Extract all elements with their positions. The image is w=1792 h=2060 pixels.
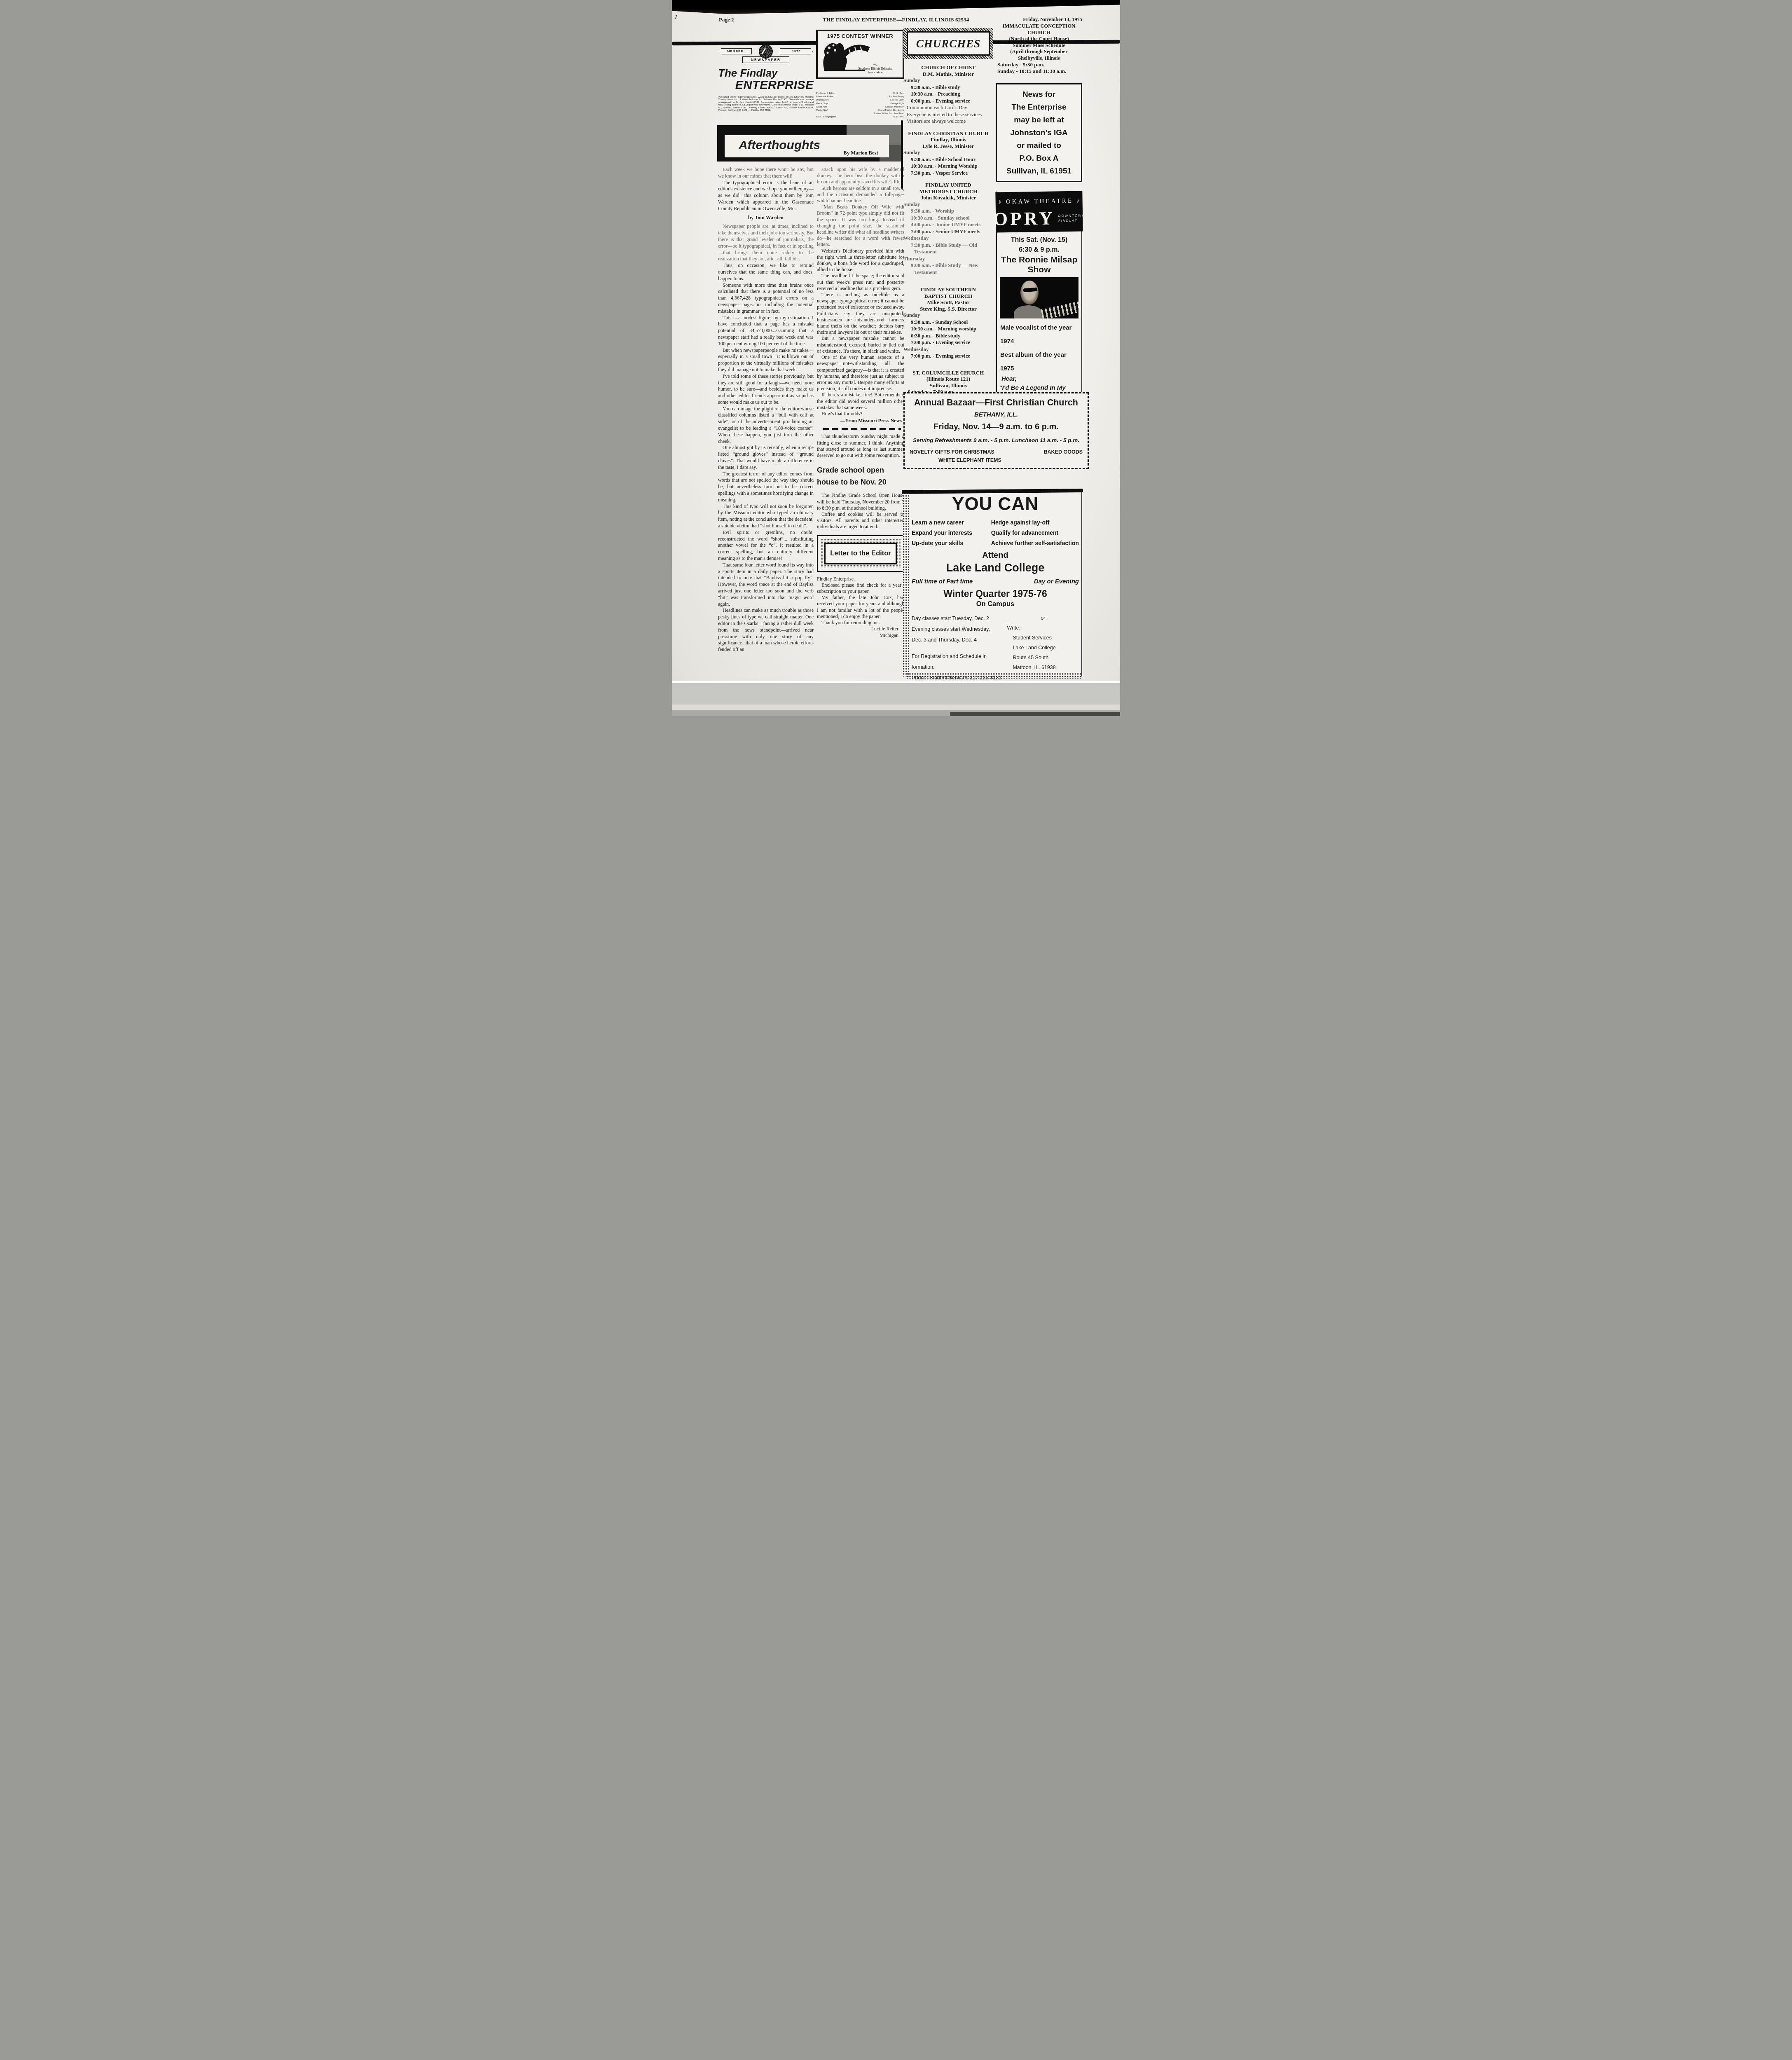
article-paragraph: Each week we hope there won't be any, bu… (718, 166, 814, 180)
lake-land-college-ad: YOU CAN Learn a new careerExpand your in… (903, 490, 1082, 677)
benefit-item: Up-date your skills (912, 538, 972, 548)
church-name-line: CHURCH OF CHRIST (903, 64, 993, 71)
award-line: Best album of the year 1975 (999, 348, 1079, 375)
church-name-line: John Kovalcik, Minister (903, 194, 993, 201)
bazaar-item: BAKED GOODS (1044, 449, 1083, 455)
article-paragraph: But when newspaperpeople make mistakes—e… (718, 347, 814, 373)
bazaar-place: BETHANY, ILL. (908, 411, 1084, 418)
scan-edge-top (672, 0, 1120, 14)
address-line: Route 45 South (1013, 653, 1079, 662)
fulltime-label: Full time of Part time (912, 578, 973, 585)
staff-name: Cheryl Foster, Don Lewis (877, 109, 904, 112)
staff-role: Staff Photographer (816, 115, 836, 119)
letter-paragraph: Enclosed please find check for a year's … (817, 582, 904, 595)
church-schedule-line: 9:30 a.m. - Bible School Hour (903, 156, 993, 163)
church-name-line: ST. COLUMCILLE CHURCH (903, 370, 993, 376)
church-name-line: (Illinois Route 121) (903, 376, 993, 382)
article-paragraph: You can image the plight of the editor w… (718, 406, 814, 445)
staff-name: George Lozzi (890, 98, 904, 102)
mass-time-line: Saturday - 5:30 p.m. (997, 61, 1082, 68)
church-name-line: IMMACULATE CONCEPTION CHURCH (996, 23, 1082, 36)
opry-location: DOWNTOWN FINDLAY (1058, 213, 1085, 223)
address-line: Mattoon, IL. 61938 (1013, 662, 1079, 672)
staff-name: Carolyn McHatton (885, 105, 904, 109)
bazaar-item: NOVELTY GIFTS FOR CHRISTMAS (910, 449, 994, 455)
news-box-line: The Enterprise (999, 103, 1078, 112)
benefit-list-right: Hedge against lay-offQualify for advance… (991, 517, 1079, 548)
immaculate-conception-listing: IMMACULATE CONCEPTION CHURCH(North of th… (996, 23, 1082, 74)
address-line: Lake Land College (1013, 643, 1079, 653)
thunderstorm-note: That thunderstorm Sunday night made a fi… (817, 433, 904, 459)
grade-school-headline: Grade school open house to be Nov. 20 (817, 464, 904, 488)
article-paragraph: I've told some of these stories previous… (718, 373, 814, 406)
contest-winner-box: 1975 CONTEST WINNER The Southern Illinoi… (816, 30, 904, 79)
class-start-line: Day classes start Tuesday, Dec. 2 (912, 613, 1007, 624)
church-schedule-line: 10:30 a.m. - Preaching (903, 91, 993, 98)
staff-role: Publisher & Editor (816, 92, 835, 95)
church-schedule-line: 10:30 a.m. - Morning Worship (903, 163, 993, 170)
contest-org-name: The Southern Illinois Editorial Associat… (851, 63, 900, 74)
ad-border-right (1081, 490, 1082, 677)
church-schedule-line: Sunday (903, 77, 993, 84)
benefit-item: Achieve further self-satisfaction (991, 538, 1079, 548)
show-name-line1: The Ronnie Milsap (999, 255, 1079, 265)
bazaar-ad: Annual Bazaar—First Christian Church BET… (903, 392, 1089, 469)
news-box-line: may be left at (999, 116, 1078, 125)
church-schedule-line: 10:30 a.m. - Morning worship (903, 325, 993, 332)
church-name-line: Shelbyville, Illinois (996, 55, 1082, 62)
benefit-item: Qualify for advancement (991, 528, 1079, 538)
staff-role: Display Adv. (816, 98, 829, 102)
article-paragraph: That same four-letter word found its way… (718, 562, 814, 608)
attend-label: Attend (912, 551, 1079, 560)
column-title: Afterthoughts (739, 138, 820, 152)
show-name-line2: Show (999, 265, 1079, 275)
news-box-line: Johnston's IGA (999, 129, 1078, 138)
afterthoughts-header: Afterthoughts By Marion Best (717, 125, 902, 162)
church-schedule-line: 9:30 a.m. - Bible study (903, 84, 993, 91)
church-schedule-line: 7:30 p.m. - Vesper Service (903, 170, 993, 177)
article-paragraph: This is a modest figure, by my estimatio… (718, 315, 814, 347)
registration-info: For Registration and Schedule in formati… (912, 651, 1007, 672)
benefit-list-left: Learn a new careerExpand your interestsU… (912, 517, 972, 548)
right-column: IMMACULATE CONCEPTION CHURCH(North of th… (996, 23, 1082, 451)
staff-name: M. E. Best (893, 92, 904, 95)
campus-label: On Campus (912, 600, 1079, 608)
letter-signature-place: Michigan (817, 632, 904, 639)
staff-row: Mech. Staff Cheryl Foster, Don Lewis (816, 109, 904, 112)
news-box-line: or mailed to (999, 141, 1078, 150)
class-start-line: Evening classes start Wednesday, (912, 624, 1007, 634)
church-schedule-line: Communion each Lord's Day (903, 104, 993, 111)
church-schedule-line: 7:00 p.m. - Senior UMYF meets (903, 228, 993, 235)
article-column-1: Each week we hope there won't be any, bu… (718, 166, 814, 653)
church-schedule-line: Thursday (903, 255, 993, 262)
press-association-seal-icon (759, 44, 773, 59)
inner-byline: by Tom Warden (718, 215, 814, 221)
music-note-icon: ♪ (998, 199, 1003, 205)
scan-streak (950, 712, 1120, 716)
church-schedule-line: Everyone is invited to these services (903, 111, 993, 118)
show-date: This Sat. (Nov. 15) (999, 235, 1079, 245)
church-name-line: Findlay, Illinois (903, 136, 993, 143)
church-schedule-line: Wednesday (903, 346, 993, 353)
staff-row: Associate Editor Pauline Briney (816, 95, 904, 98)
bazaar-item: WHITE ELEPHANT ITEMS (908, 457, 1084, 463)
source-credit: —From Missouri Press News (817, 418, 904, 424)
news-box-line: P.O. Box A (999, 154, 1078, 163)
year-ribbon: 1975 (780, 48, 813, 54)
staff-role: Class Adv. (816, 105, 827, 109)
grade-school-paragraph: Coffee and cookies will be served to vis… (817, 511, 904, 530)
staff-name: Pauline Briney (889, 95, 904, 98)
staff-role: Mech. Supt. (816, 102, 829, 105)
okaw-theatre-name: ♪ OKAW THEATRE ♪ (998, 198, 1080, 206)
church-name-line: (North of the Court House) (996, 36, 1082, 42)
article-paragraph: One almost got by us recently, when a re… (718, 445, 814, 471)
scan-edge-bottom (672, 681, 1120, 716)
staff-row: Display Adv. George Lozzi (816, 98, 904, 102)
church-schedule-line: 9:30 a.m. - Worship (903, 208, 993, 215)
church-name-line: Sullivan, Illinois (903, 382, 993, 389)
letter-to-editor-box: Letter to the Editor (817, 535, 904, 572)
or-label: or (1007, 613, 1079, 623)
church-schedule-line: 7:00 p.m. - Evening service (903, 339, 993, 346)
church-schedule-line: 7:00 p.m. - Evening service (903, 353, 993, 360)
hear-label: Hear, (999, 375, 1079, 382)
staff-list: Publisher & Editor M. E. Best Associate … (816, 92, 904, 119)
quarter-label: Winter Quarter 1975-76 (912, 588, 1079, 599)
masthead-fine-print: Published every Friday (except last week… (718, 96, 814, 112)
article-paragraph: “Man Beats Donkey Off Wife with Broom” i… (817, 204, 904, 248)
church-schedule-line: 4:00 p.m. - Junior UMYF meets (903, 221, 993, 228)
church-schedule-line: Visitors are always welcome (903, 118, 993, 125)
address-line: Student Services (1013, 633, 1079, 643)
ronnie-milsap-photo (1000, 277, 1078, 318)
masthead-right-column: 1975 CONTEST WINNER The Southern Illinoi… (816, 30, 904, 119)
church-name-line: FINDLAY SOUTHERN (903, 286, 993, 293)
staff-row: Class Adv. Carolyn McHatton (816, 105, 904, 109)
mass-time-line: Sunday - 10:15 and 11:30 a.m. (997, 68, 1082, 75)
article-paragraph: There is nothing as indelible as a newsp… (817, 292, 904, 335)
press-association-badge: MEMBER 1975 NEWSPAPER (718, 44, 814, 63)
staff-name: R. R. Best (894, 115, 904, 119)
church-name-line: D.M. Mathis, Minister (903, 71, 993, 77)
article-paragraph: Webster's Dictionary provided him with t… (817, 248, 904, 273)
staff-row: Publisher & Editor M. E. Best (816, 92, 904, 95)
paragraph-group: attack upon his wife by a maddened donke… (817, 166, 904, 417)
church-listing: FINDLAY UNITEDMETHODIST CHURCHJohn Koval… (903, 182, 993, 276)
bazaar-datetime: Friday, Nov. 14—9 a.m. to 6 p.m. (908, 422, 1084, 432)
ad-border-left (903, 493, 909, 677)
church-schedule-line: 6:30 p.m. - Bible study (903, 332, 993, 339)
paragraph-group: Each week we hope there won't be any, bu… (718, 166, 814, 212)
church-schedule-line: 9:00 a.m. - Bible Study — New Testament (903, 262, 993, 276)
paragraph-group: Newspaper people are, at times, inclined… (718, 223, 814, 653)
letter-salutation: Findlay Enterprise. (817, 576, 904, 582)
column-byline: By Marion Best (844, 150, 878, 156)
ad-border-top (902, 489, 1083, 494)
news-drop-off-box: News forThe Enterprisemay be left atJohn… (996, 83, 1082, 182)
article-paragraph: The greatest terror of any editor comes … (718, 471, 814, 503)
letter-box-title: Letter to the Editor (824, 543, 897, 564)
church-name-line: Mike Scott, Pastor (903, 299, 993, 306)
benefit-item: Hedge against lay-off (991, 517, 1079, 528)
church-schedule-line: 10:30 a.m. - Sunday school (903, 215, 993, 222)
church-listing: FINDLAY SOUTHERNBAPTIST CHURCHMike Scott… (903, 286, 993, 360)
letter-paragraph: Thank you for reminding me. (817, 620, 904, 626)
church-name-line: FINDLAY UNITED (903, 182, 993, 188)
newspaper-page: 1 Page 2 THE FINDLAY ENTERPRISE—FINDLAY,… (672, 0, 1120, 716)
church-name-line: METHODIST CHURCH (903, 188, 993, 195)
news-box-line: News for (999, 90, 1078, 99)
article-paragraph: One of the very human aspects of a newsp… (817, 354, 904, 392)
church-schedule-line: 9:30 a.m. - Sunday School (903, 319, 993, 326)
church-name-line: Summer Mass Schedule (996, 42, 1082, 49)
benefit-item: Expand your interests (912, 528, 972, 538)
church-schedule-line: Sunday (903, 149, 993, 156)
music-note-icon: ♪ (1076, 198, 1081, 204)
letter-box-frame: Letter to the Editor (821, 539, 901, 568)
churches-column: CHURCHES CHURCH OF CHRISTD.M. Mathis, Mi… (903, 28, 993, 402)
dayevening-label: Day or Evening (1034, 578, 1079, 585)
college-name: Lake Land College (912, 562, 1079, 574)
masthead-title-line2: ENTERPRISE (718, 79, 814, 92)
church-schedule-line: 7:30 p.m. - Bible Study — Old Testament (903, 242, 993, 255)
church-name-line: (April through September (996, 49, 1082, 55)
church-listing: FINDLAY CHRISTIAN CHURCHFindlay, Illinoi… (903, 130, 993, 177)
staff-name: George Light (890, 102, 904, 105)
church-name-line: Lyle R. Jesse, Minister (903, 143, 993, 150)
article-paragraph: The typographical error is the bane of a… (718, 180, 814, 212)
church-schedule-line: 6:00 p.m. - Evening service (903, 98, 993, 105)
article-paragraph: Headlines can make as much trouble as th… (718, 607, 814, 653)
article-paragraph: attack upon his wife by a maddened donke… (817, 166, 904, 185)
masthead-title-line1: The Findlay (718, 67, 814, 80)
article-column-2: attack upon his wife by a maddened donke… (817, 166, 904, 639)
okaw-ad-header: ♪ OKAW THEATRE ♪ OPRY DOWNTOWN FINDLAY (995, 191, 1083, 233)
church-listing: CHURCH OF CHRISTD.M. Mathis, Minister Su… (903, 64, 993, 125)
bazaar-serving: Serving Refreshments 9 a.m. - 5 p.m. Lun… (908, 437, 1084, 443)
class-start-details: Day classes start Tuesday, Dec. 2Evening… (912, 613, 1007, 683)
masthead: MEMBER 1975 NEWSPAPER The Findlay ENTERP… (718, 44, 814, 112)
article-paragraph: This kind of typo will not soon be forgo… (718, 503, 814, 529)
class-start-line: Dec. 3 and Thursday, Dec. 4 (912, 634, 1007, 645)
write-label: Write: (1007, 623, 1079, 633)
article-paragraph: Newspaper people are, at times, inclined… (718, 223, 814, 262)
article-paragraph: Such heroics are seldom in a small town,… (817, 185, 904, 204)
member-ribbon: MEMBER (719, 48, 752, 54)
show-times: 6:30 & 9 p.m. (999, 245, 1079, 255)
staff-role: Associate Editor (816, 95, 833, 98)
staff-role: Mech. Staff (816, 109, 828, 112)
college-address: Student ServicesLake Land CollegeRoute 4… (1007, 633, 1079, 672)
churches-box-title: CHURCHES (907, 31, 990, 56)
staff-row: Mech. Supt. George Light (816, 102, 904, 105)
article-paragraph: The headline fit the space; the editor s… (817, 273, 904, 292)
article-paragraph: Someone with more time than brains once … (718, 282, 814, 315)
issue-date: Friday, November 14, 1975 (1023, 16, 1082, 23)
youcan-title: YOU CAN (912, 495, 1079, 513)
church-name-line: FINDLAY CHRISTIAN CHURCH (903, 130, 993, 137)
bazaar-title: Annual Bazaar—First Christian Church (908, 398, 1084, 408)
scan-artifact-bar (901, 120, 903, 189)
staff-row: Sharon White, Lou Ann Reed (816, 112, 904, 115)
letter-signature-name: Lucille Reiter (817, 626, 904, 632)
church-name-line: Steve King, S.S. Director (903, 306, 993, 312)
article-paragraph: How's that for odds? (817, 411, 904, 417)
contest-winner-title: 1975 CONTEST WINNER (820, 33, 900, 39)
award-line: Male vocalist of the year 1974 (999, 321, 1079, 348)
letter-paragraph: My father, the late John Cox, had receiv… (817, 595, 904, 620)
staff-name: Sharon White, Lou Ann Reed (873, 112, 904, 115)
church-schedule-line: Wednesday (903, 235, 993, 242)
news-box-line: Sullivan, IL 61951 (999, 167, 1078, 176)
benefit-item: Learn a new career (912, 517, 972, 528)
grade-school-paragraph: The Findlay Grade School Open House will… (817, 492, 904, 511)
dashed-divider (823, 428, 901, 430)
churches-box: CHURCHES (903, 28, 993, 59)
church-name-line: BAPTIST CHURCH (903, 293, 993, 300)
opry-title: OPRY (993, 209, 1055, 228)
church-schedule-line: Sunday (903, 201, 993, 208)
article-paragraph: But a newspaper mistake cannot be misund… (817, 335, 904, 354)
afterthoughts-header-panel: Afterthoughts By Marion Best (725, 135, 889, 158)
article-paragraph: If there's a mistake, fine! But remember… (817, 392, 904, 411)
article-paragraph: Evil spirits or gremlins, no doubt, reco… (718, 529, 814, 562)
church-schedule-line: Sunday (903, 312, 993, 319)
staff-row: Staff Photographer R. R. Best (816, 115, 904, 119)
article-paragraph: Thus, on occasion, we like to remind our… (718, 262, 814, 282)
